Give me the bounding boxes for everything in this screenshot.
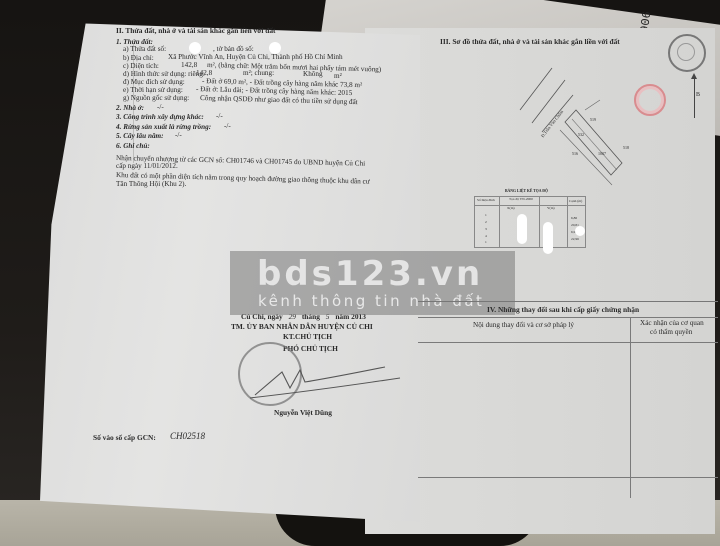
coord-row-id: 1: [485, 241, 487, 245]
coord-header-y: Y(m): [547, 207, 555, 211]
redacted-x-coords: [517, 214, 527, 244]
table-column-divider: [630, 318, 631, 498]
changes-col2-header-line2: có thẩm quyền: [650, 329, 692, 336]
coord-row-id: 2: [485, 221, 487, 225]
table-row-divider: [418, 342, 718, 343]
table-row-divider: [418, 477, 718, 478]
coord-table: Số hiệu đỉnh Tọa độ VN-2000 Cạnh (m) X(m…: [474, 196, 586, 248]
section-iv-title: IV. Những thay đổi sau khi cấp giấy chứn…: [487, 306, 639, 313]
coord-row-edge: 6,86: [571, 217, 577, 221]
parcel-519: 519: [590, 118, 596, 122]
parcel-532: 532: [578, 133, 584, 137]
coord-header-id: Số hiệu đỉnh: [477, 199, 495, 203]
coord-table-title: BẢNG LIỆT KÊ TỌA ĐỘ: [505, 190, 548, 194]
redacted-y-coords: [543, 222, 553, 254]
coord-row-id: 3: [485, 228, 487, 232]
coord-header-edge: Cạnh (m): [569, 200, 582, 204]
coord-row-id: 4: [485, 235, 487, 239]
changes-col2-header-line1: Xác nhận của cơ quan: [640, 320, 704, 327]
coord-header-vn2000: Tọa độ VN-2000: [509, 198, 533, 202]
watermark-title: bds123.vn: [257, 254, 483, 294]
coord-header-x: X(m): [507, 207, 515, 211]
changes-col1-header: Nội dung thay đổi và cơ sở pháp lý: [473, 322, 574, 329]
parcel-1007: 1007: [598, 152, 606, 156]
redacted-value: [575, 226, 585, 236]
parcel-516: 516: [572, 152, 578, 156]
coord-row-id: 1: [485, 214, 487, 218]
table-header-divider: [418, 317, 718, 318]
coord-row-edge: 22,96: [571, 238, 579, 242]
parcel-518: 518: [623, 146, 629, 150]
